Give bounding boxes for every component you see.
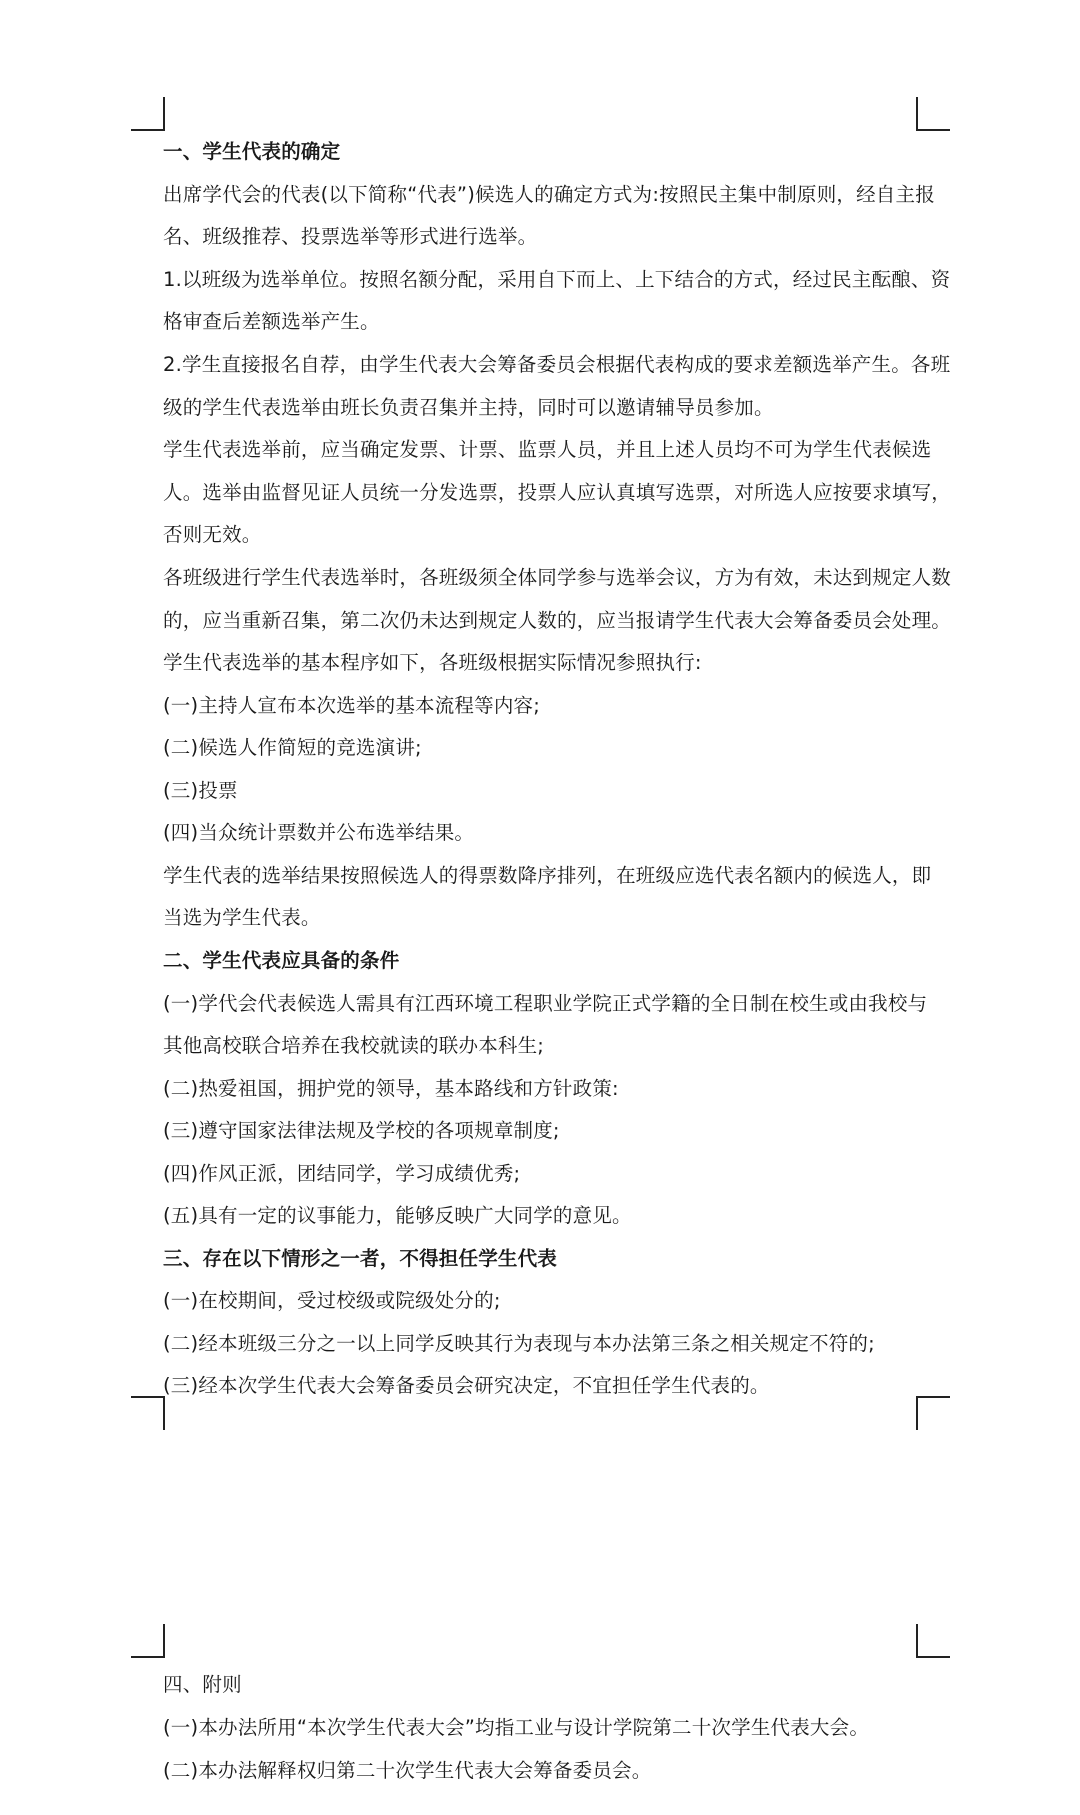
crop-mark-top-right-icon [916,1624,950,1658]
list-item: (三)经本次学生代表大会筹备委员会研究决定，不宜担任学生代表的。 [163,1371,920,1401]
crop-mark-bottom-right-icon [916,1396,950,1430]
list-item: (五)具有一定的议事能力，能够反映广大同学的意见。 [163,1201,920,1231]
list-item: (二)本办法解释权归第二十次学生代表大会筹备委员会。 [163,1756,920,1786]
list-item: (四)作风正派，团结同学，学习成绩优秀; [163,1159,920,1189]
paragraph-line: 2.学生直接报名自荐，由学生代表大会筹备委员会根据代表构成的要求差额选举产生。各… [163,350,920,380]
list-item: (二)经本班级三分之一以上同学反映其行为表现与本办法第三条之相关规定不符的; [163,1329,920,1359]
paragraph-line: 出席学代会的代表(以下简称“代表”)候选人的确定方式为:按照民主集中制原则，经自… [163,180,920,210]
paragraph-line: 学生代表选举前，应当确定发票、计票、监票人员，并且上述人员均不可为学生代表候选 [163,435,920,465]
paragraph-line: 学生代表的选举结果按照候选人的得票数降序排列，在班级应选代表名额内的候选人，即 [163,861,920,891]
section-heading: 四、附则 [163,1670,920,1700]
crop-mark-bottom-left-icon [131,1396,165,1430]
paragraph-line: 级的学生代表选举由班长负责召集并主持，同时可以邀请辅导员参加。 [163,393,920,423]
list-item: (一)在校期间，受过校级或院级处分的; [163,1286,920,1316]
paragraph-line: 人。选举由监督见证人员统一分发选票，投票人应认真填写选票，对所选人应按要求填写， [163,478,920,508]
list-item: (二)热爱祖国，拥护党的领导，基本路线和方针政策: [163,1074,920,1104]
section-heading: 一、学生代表的确定 [163,137,920,167]
paragraph-line: 1.以班级为选举单位。按照名额分配，采用自下而上、上下结合的方式，经过民主酝酿、… [163,265,920,295]
section-heading: 三、存在以下情形之一者，不得担任学生代表 [163,1244,920,1274]
paragraph-line: 各班级进行学生代表选举时，各班级须全体同学参与选举会议，方为有效，未达到规定人数 [163,563,920,593]
list-item: (四)当众统计票数并公布选举结果。 [163,818,920,848]
list-item: (三)遵守国家法律法规及学校的各项规章制度; [163,1116,920,1146]
paragraph-line: 学生代表选举的基本程序如下，各班级根据实际情况参照执行: [163,648,920,678]
paragraph-line: 格审查后差额选举产生。 [163,307,920,337]
crop-mark-top-left-icon [131,1624,165,1658]
crop-mark-top-left-icon [131,97,165,131]
crop-mark-top-right-icon [916,97,950,131]
paragraph-line: 当选为学生代表。 [163,903,920,933]
list-item: (一)学代会代表候选人需具有江西环境工程职业学院正式学籍的全日制在校生或由我校与 [163,989,920,1019]
paragraph-line: 的，应当重新召集，第二次仍未达到规定人数的，应当报请学生代表大会筹备委员会处理。 [163,606,920,636]
section-heading: 二、学生代表应具备的条件 [163,946,920,976]
list-item: (三)投票 [163,776,920,806]
list-item: 其他高校联合培养在我校就读的联办本科生; [163,1031,920,1061]
list-item: (一)本办法所用“本次学生代表大会”均指工业与设计学院第二十次学生代表大会。 [163,1713,920,1743]
list-item: (一)主持人宣布本次选举的基本流程等内容; [163,691,920,721]
paragraph-line: 否则无效。 [163,520,920,550]
list-item: (二)候选人作简短的竞选演讲; [163,733,920,763]
paragraph-line: 名、班级推荐、投票选举等形式进行选举。 [163,222,920,252]
